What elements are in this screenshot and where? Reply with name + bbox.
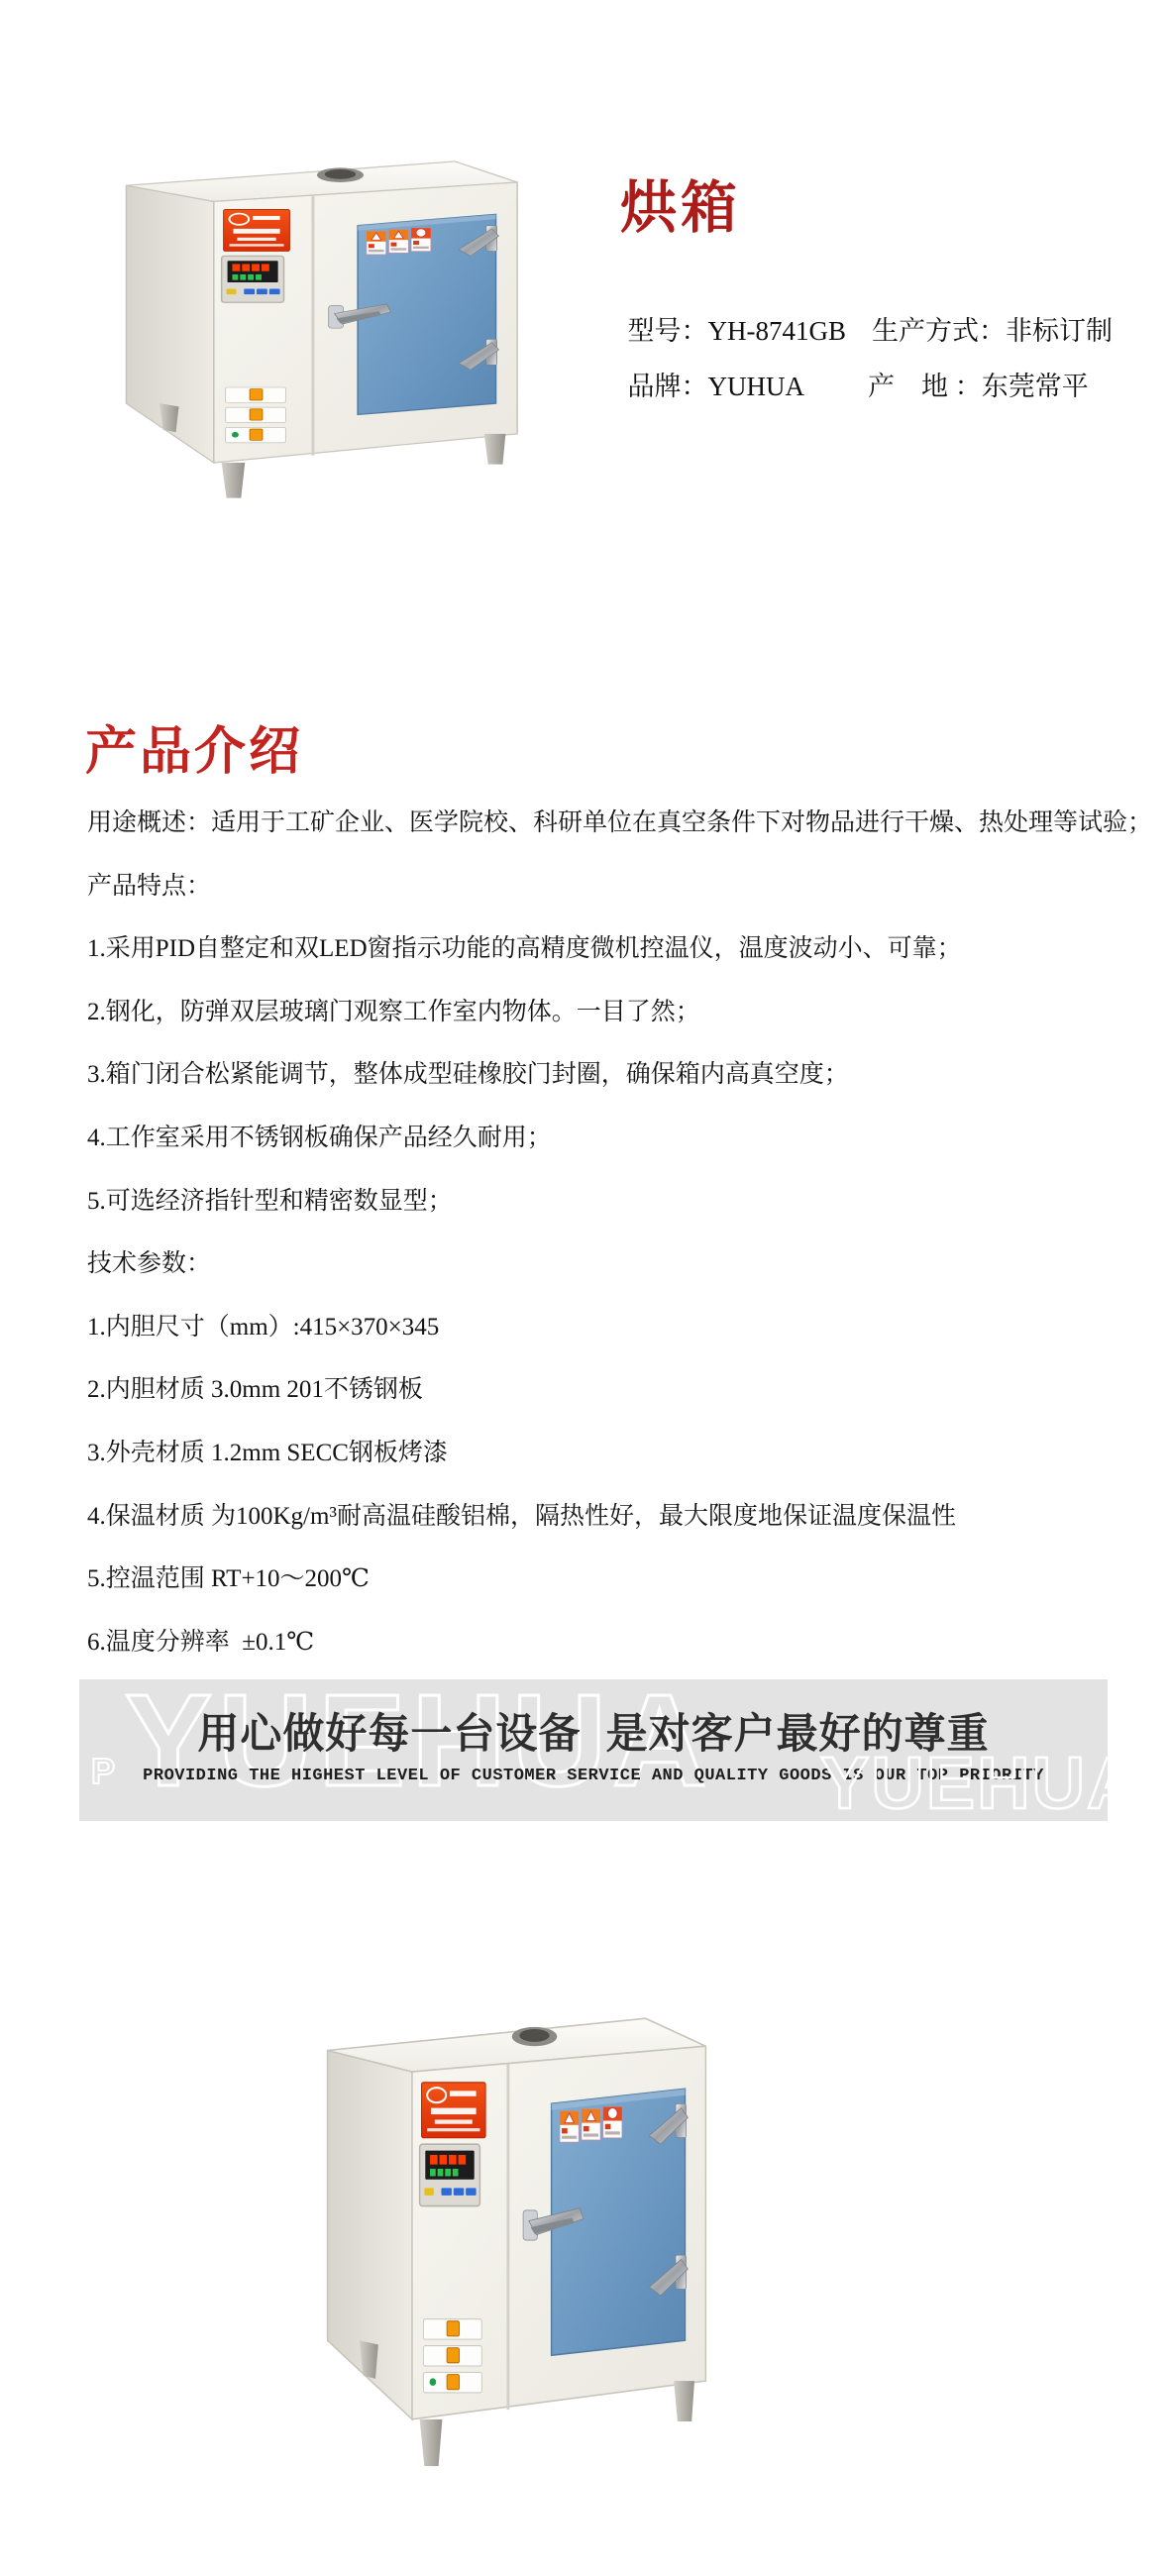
intro-line: 5.可选经济指针型和精密数显型； xyxy=(87,1170,1157,1234)
intro-line: 1.采用PID自整定和双LED窗指示功能的高精度微机控温仪，温度波动小、可靠； xyxy=(87,917,1157,981)
intro-line: 3.外壳材质 1.2mm SECC钢板烤漆 xyxy=(87,1422,1157,1485)
intro-line: 4.保温材质 为100Kg/m³耐高温硅酸铝棉，隔热性好，最大限度地保证温度保温… xyxy=(87,1485,1157,1549)
banner-headline: 用心做好每一台设备 是对客户最好的尊重 xyxy=(79,1701,1108,1761)
spec-value-brand: YUHUA xyxy=(708,372,805,401)
spec-row-brand: 品牌：YUHUA产 地 ：东莞常平 xyxy=(614,334,1089,403)
intro-line: 2.钢化，防弹双层玻璃门观察工作室内物体。一目了然； xyxy=(87,981,1157,1044)
spec-value-origin: 东莞常平 xyxy=(982,372,1089,401)
page-title: 烘箱 xyxy=(620,162,741,244)
intro-line: 产品特点： xyxy=(87,855,1157,918)
intro-line: 用途概述：适用于工矿企业、医学院校、科研单位在真空条件下对物品进行干燥、热处理等… xyxy=(87,792,1157,855)
intro-line: 1.内胆尺寸（mm）:415×370×345 xyxy=(87,1296,1157,1359)
intro-line: 5.控温范围 RT+10～200℃ xyxy=(87,1548,1157,1611)
product-photo-oven-top xyxy=(97,149,525,517)
spec-label-origin: 产 地 ： xyxy=(868,372,982,401)
intro-line: 6.温度分辨率 ±0.1℃ xyxy=(87,1611,1157,1674)
product-photo-oven-bottom xyxy=(299,2001,713,2492)
section-heading-product-intro: 产品介绍 xyxy=(85,709,303,784)
intro-line: 3.箱门闭合松紧能调节，整体成型硅橡胶门封圈，确保箱内高真空度； xyxy=(87,1043,1157,1107)
product-intro-text: 用途概述：适用于工矿企业、医学院校、科研单位在真空条件下对物品进行干燥、热处理等… xyxy=(87,792,1157,1673)
slogan-banner: YUEHUA P 用心做好每一台设备 是对客户最好的尊重 PROVIDING T… xyxy=(79,1679,1108,1821)
intro-line: 技术参数： xyxy=(87,1233,1157,1296)
banner-subline: PROVIDING THE HIGHEST LEVEL OF CUSTOMER … xyxy=(79,1767,1108,1785)
intro-line: 2.内胆材质 3.0mm 201不锈钢板 xyxy=(87,1358,1157,1422)
intro-line: 4.工作室采用不锈钢板确保产品经久耐用； xyxy=(87,1107,1157,1170)
spec-label-brand: 品牌： xyxy=(628,372,708,401)
